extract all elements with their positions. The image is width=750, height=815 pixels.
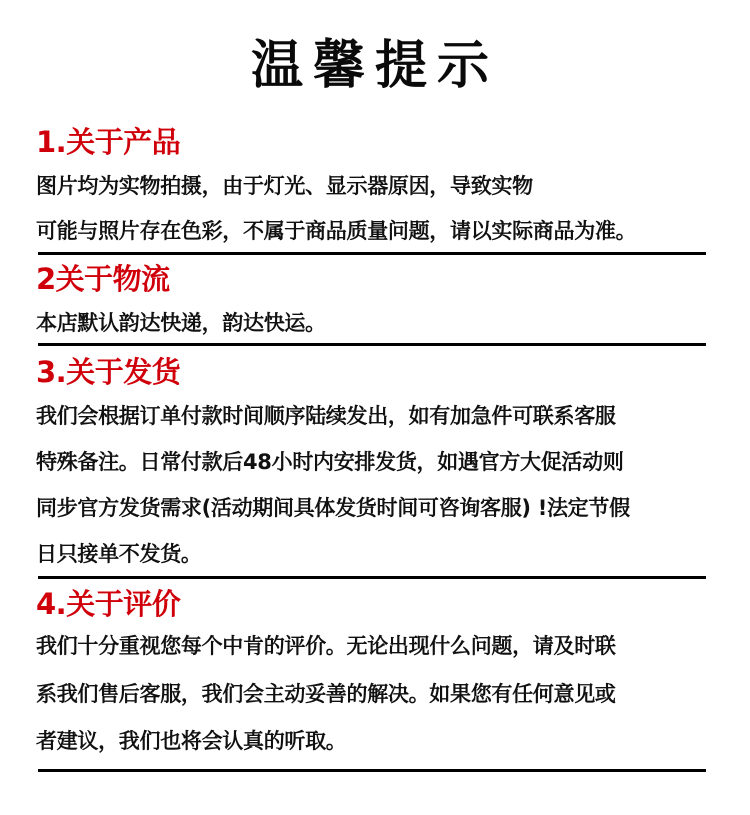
section-divider	[38, 252, 706, 255]
section-divider	[38, 769, 706, 772]
section-shipping-text-line: 日只接单不发货。	[36, 540, 202, 568]
section-shipping-heading: 3.关于发货	[36, 354, 180, 390]
section-shipping-text-line: 特殊备注。日常付款后48小时内安排发货，如遇官方大促活动则	[36, 448, 624, 476]
section-product-heading: 1.关于产品	[36, 124, 180, 160]
section-product-text-line: 图片均为实物拍摄，由于灯光、显示器原因，导致实物	[36, 172, 533, 200]
notice-title: 温馨提示	[0, 36, 750, 96]
section-review-text-line: 我们十分重视您每个中肯的评价。无论出现什么问题，请及时联	[36, 632, 616, 660]
section-review-heading: 4.关于评价	[36, 586, 180, 622]
section-shipping-text-line: 我们会根据订单付款时间顺序陆续发出，如有加急件可联系客服	[36, 402, 616, 430]
section-divider	[38, 343, 706, 346]
section-shipping-text-line: 同步官方发货需求(活动期间具体发货时间可咨询客服) !法定节假	[36, 494, 630, 522]
section-product-text-line: 可能与照片存在色彩，不属于商品质量问题，请以实际商品为准。	[36, 217, 636, 245]
section-logistics-text-line: 本店默认韵达快递，韵达快运。	[36, 309, 326, 337]
section-divider	[38, 576, 706, 579]
section-review-text-line: 者建议，我们也将会认真的听取。	[36, 727, 347, 755]
section-logistics-heading: 2关于物流	[36, 261, 170, 297]
section-review-text-line: 系我们售后客服，我们会主动妥善的解决。如果您有任何意见或	[36, 680, 616, 708]
